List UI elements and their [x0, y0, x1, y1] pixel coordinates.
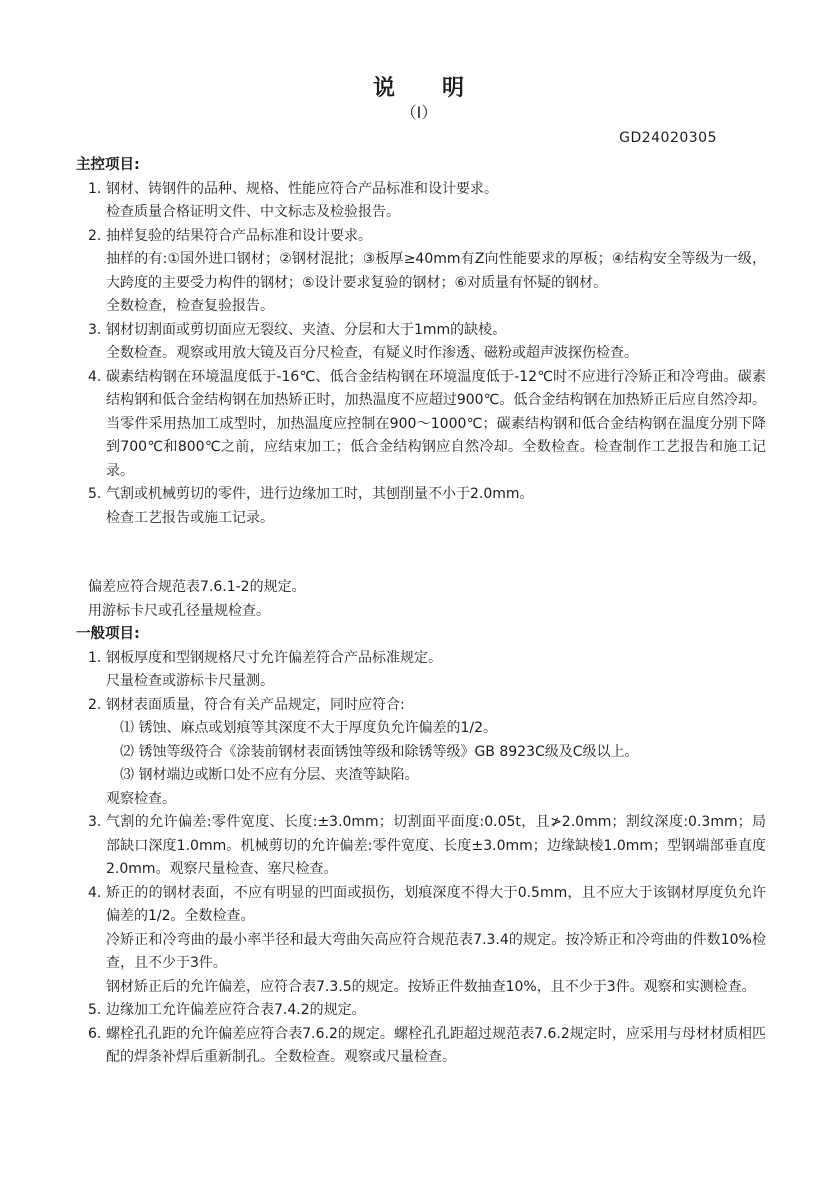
paragraph: 螺栓孔孔距的允许偏差应符合表7.6.2的规定。螺栓孔孔距超过规范表7.6.2规定… — [106, 1023, 766, 1070]
paragraph: 矫正的的钢材表面，不应有明显的凹面或损伤，划痕深度不得大于0.5mm，且不应大于… — [106, 882, 766, 929]
list-item: 3. 钢材切割面或剪切面应无裂纹、夹渣、分层和大于1mm的缺棱。 全数检查。观察… — [76, 319, 768, 366]
item-number: 4. — [76, 366, 106, 390]
section-heading-general: 一般项目: — [76, 623, 768, 647]
paragraph: 钢材表面质量，符合有关产品规定，同时应符合: — [106, 694, 766, 718]
page-subtitle: （Ⅰ） — [0, 102, 838, 124]
unnumbered-paragraph-block: 偏差应符合规范表7.6.1-2的规定。 用游标卡尺或孔径量规检查。 — [76, 576, 768, 623]
sub-paragraph: ⑵ 锈蚀等级符合《涂装前钢材表面锈蚀等级和除锈等级》GB 8923C级及C级以上… — [106, 741, 766, 765]
paragraph: 检查质量合格证明文件、中文标志及检验报告。 — [106, 201, 766, 225]
paragraph: 冷矫正和冷弯曲的最小率半径和最大弯曲矢高应符合规范表7.3.4的规定。按冷矫正和… — [106, 929, 766, 976]
list-item: 2. 钢材表面质量，符合有关产品规定，同时应符合: ⑴ 锈蚀、麻点或划痕等其深度… — [76, 694, 768, 812]
list-item: 4. 碳素结构钢在环境温度低于-16℃、低合金结构钢在环境温度低于-12℃时不应… — [76, 366, 768, 484]
paragraph: 钢板厚度和型钢规格尺寸允许偏差符合产品标准规定。 — [106, 647, 766, 671]
paragraph: 钢材、铸钢件的品种、规格、性能应符合产品标准和设计要求。 — [106, 178, 766, 202]
paragraph: 气割或机械剪切的零件，进行边缘加工时，其刨削量不小于2.0mm。 — [106, 483, 766, 507]
item-number: 3. — [76, 319, 106, 343]
paragraph: 边缘加工允许偏差应符合表7.4.2的规定。 — [106, 999, 766, 1023]
paragraph: 气割的允许偏差:零件宽度、长度:±3.0mm；切割面平面度:0.05t，且≯2.… — [106, 811, 766, 882]
paragraph: 偏差应符合规范表7.6.1-2的规定。 — [88, 576, 748, 600]
item-number: 2. — [76, 694, 106, 718]
document-page: 说 明 （Ⅰ） GD24020305 主控项目: 1. 钢材、铸钢件的品种、规格… — [0, 0, 838, 1186]
paragraph: 钢材矫正后的允许偏差，应符合表7.3.5的规定。按矫正件数抽查10%，且不少于3… — [106, 976, 766, 1000]
sub-paragraph: ⑶ 钢材端边或断口处不应有分层、夹渣等缺陷。 — [106, 764, 766, 788]
paragraph: 检查工艺报告或施工记录。 — [106, 507, 766, 531]
item-number: 3. — [76, 811, 106, 835]
paragraph: 抽样复验的结果符合产品标准和设计要求。 — [106, 225, 766, 249]
list-item: 1. 钢材、铸钢件的品种、规格、性能应符合产品标准和设计要求。 检查质量合格证明… — [76, 178, 768, 225]
item-number: 4. — [76, 882, 106, 906]
list-item: 3. 气割的允许偏差:零件宽度、长度:±3.0mm；切割面平面度:0.05t，且… — [76, 811, 768, 882]
list-item: 5. 边缘加工允许偏差应符合表7.4.2的规定。 — [76, 999, 768, 1023]
item-number: 5. — [76, 999, 106, 1023]
document-body: 主控项目: 1. 钢材、铸钢件的品种、规格、性能应符合产品标准和设计要求。 检查… — [0, 154, 838, 1070]
paragraph: 用游标卡尺或孔径量规检查。 — [88, 600, 748, 624]
list-item: 4. 矫正的的钢材表面，不应有明显的凹面或损伤，划痕深度不得大于0.5mm，且不… — [76, 882, 768, 1000]
list-item: 6. 螺栓孔孔距的允许偏差应符合表7.6.2的规定。螺栓孔孔距超过规范表7.6.… — [76, 1023, 768, 1070]
paragraph: 观察检查。 — [106, 788, 766, 812]
list-item: 1. 钢板厚度和型钢规格尺寸允许偏差符合产品标准规定。 尺量检查或游标卡尺量测。 — [76, 647, 768, 694]
paragraph: 碳素结构钢在环境温度低于-16℃、低合金结构钢在环境温度低于-12℃时不应进行冷… — [106, 366, 766, 484]
item-number: 1. — [76, 647, 106, 671]
item-number: 6. — [76, 1023, 106, 1047]
item-number: 5. — [76, 483, 106, 507]
paragraph: 全数检查。观察或用放大镜及百分尺检查，有疑义时作渗透、磁粉或超声波探伤检查。 — [106, 342, 766, 366]
sub-paragraph: ⑴ 锈蚀、麻点或划痕等其深度不大于厚度负允许偏差的1/2。 — [106, 717, 766, 741]
list-item: 2. 抽样复验的结果符合产品标准和设计要求。 抽样的有:①国外进口钢材；②钢材混… — [76, 225, 768, 319]
paragraph: 全数检查，检查复验报告。 — [106, 295, 766, 319]
section-heading-main-control: 主控项目: — [76, 154, 768, 178]
paragraph: 钢材切割面或剪切面应无裂纹、夹渣、分层和大于1mm的缺棱。 — [106, 319, 766, 343]
paragraph: 尺量检查或游标卡尺量测。 — [106, 670, 766, 694]
document-number: GD24020305 — [0, 128, 838, 148]
page-title: 说 明 — [0, 0, 838, 102]
list-item: 5. 气割或机械剪切的零件，进行边缘加工时，其刨削量不小于2.0mm。 检查工艺… — [76, 483, 768, 530]
item-number: 2. — [76, 225, 106, 249]
item-number: 1. — [76, 178, 106, 202]
paragraph: 抽样的有:①国外进口钢材；②钢材混批；③板厚≥40mm有Z向性能要求的厚板；④结… — [106, 248, 766, 295]
